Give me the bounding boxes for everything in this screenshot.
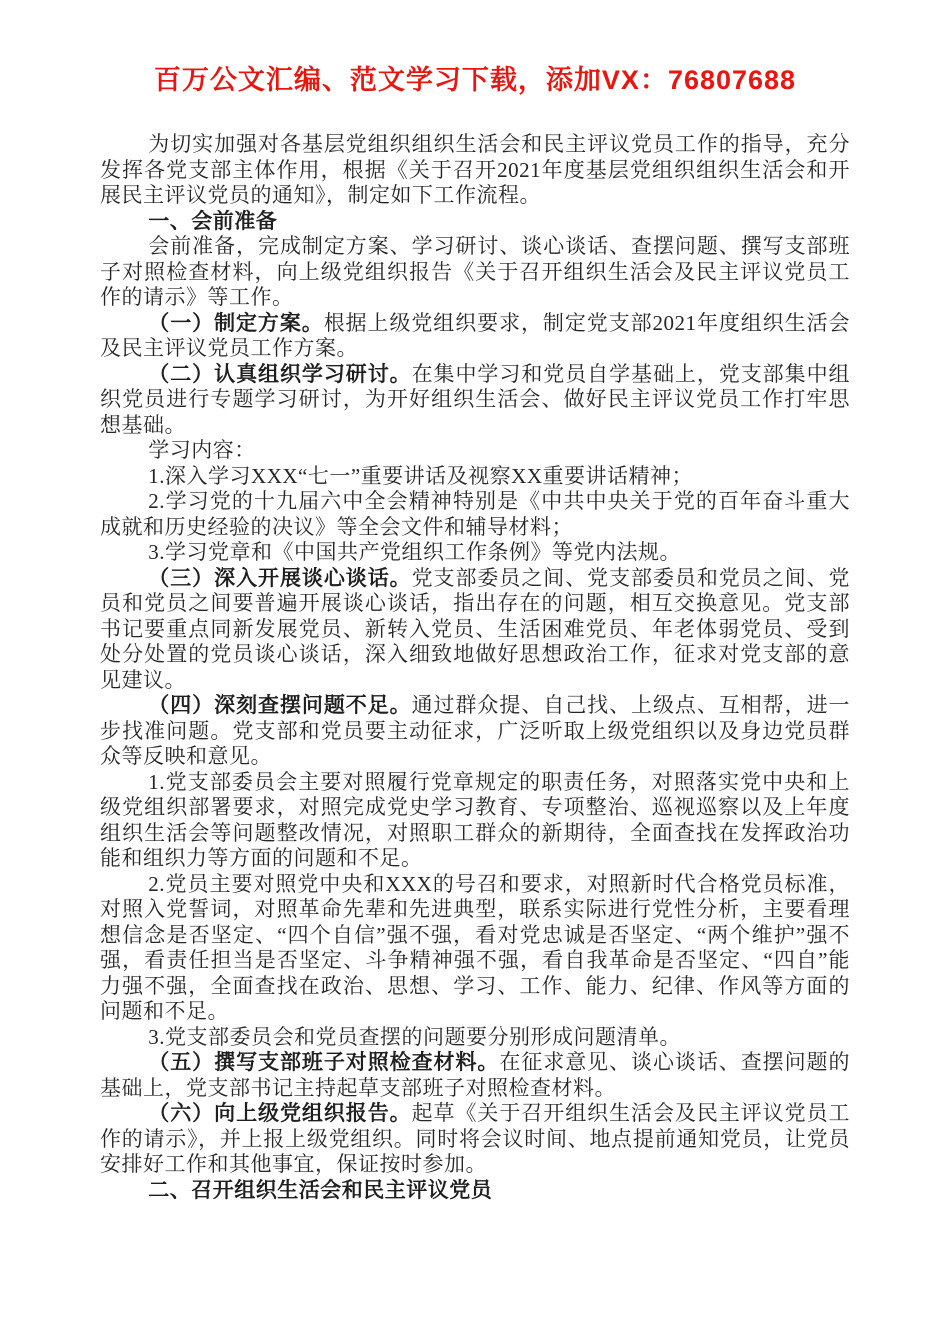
paragraph: （二）认真组织学习研讨。在集中学习和党员自学基础上，党支部集中组织党员进行专题学… xyxy=(100,362,850,439)
paragraph: （六）向上级党组织报告。起草《关于召开组织生活会及民主评议党员工作的请示》，并上… xyxy=(100,1101,850,1178)
paragraph-lead: （二）认真组织学习研讨。 xyxy=(148,362,411,386)
paragraph: 为切实加强对各基层党组织组织生活会和民主评议党员工作的指导，充分发挥各党支部主体… xyxy=(100,132,850,209)
section-heading: 一、会前准备 xyxy=(100,209,850,235)
paragraph: （三）深入开展谈心谈话。党支部委员之间、党支部委员和党员之间、党员和党员之间要普… xyxy=(100,566,850,694)
section-heading: 二、召开组织生活会和民主评议党员 xyxy=(100,1178,850,1204)
paragraph: 学习内容： xyxy=(100,438,850,464)
paragraph-lead: （四）深刻查摆问题不足。 xyxy=(148,693,411,717)
paragraph: （一）制定方案。根据上级党组织要求，制定党支部2021年度组织生活会及民主评议党… xyxy=(100,311,850,362)
document-body: 为切实加强对各基层党组织组织生活会和民主评议党员工作的指导，充分发挥各党支部主体… xyxy=(100,132,850,1203)
promo-header-text: 百万公文汇编、范文学习下载，添加VX：76807688 xyxy=(100,64,850,96)
document-page: 百万公文汇编、范文学习下载，添加VX：76807688 为切实加强对各基层党组织… xyxy=(0,0,950,1344)
paragraph-lead: （三）深入开展谈心谈话。 xyxy=(148,566,411,590)
paragraph: （四）深刻查摆问题不足。通过群众提、自己找、上级点、互相帮，进一步找准问题。党支… xyxy=(100,693,850,770)
paragraph: 2.党员主要对照党中央和XXX的号召和要求，对照新时代合格党员标准，对照入党誓词… xyxy=(100,872,850,1025)
paragraph: 3.党支部委员会和党员查摆的问题要分别形成问题清单。 xyxy=(100,1025,850,1051)
paragraph: 1.深入学习XXX“七一”重要讲话及视察XX重要讲话精神； xyxy=(100,464,850,490)
paragraph: 会前准备，完成制定方案、学习研讨、谈心谈话、查摆问题、撰写支部班子对照检查材料，… xyxy=(100,234,850,311)
paragraph: 3.学习党章和《中国共产党组织工作条例》等党内法规。 xyxy=(100,540,850,566)
paragraph: 1.党支部委员会主要对照履行党章规定的职责任务，对照落实党中央和上级党组织部署要… xyxy=(100,770,850,872)
paragraph-lead: （五）撰写支部班子对照检查材料。 xyxy=(148,1050,499,1074)
paragraph-lead: （六）向上级党组织报告。 xyxy=(148,1101,411,1125)
paragraph: （五）撰写支部班子对照检查材料。在征求意见、谈心谈话、查摆问题的基础上，党支部书… xyxy=(100,1050,850,1101)
paragraph-lead: （一）制定方案。 xyxy=(148,311,323,335)
paragraph: 2.学习党的十九届六中全会精神特别是《中共中央关于党的百年奋斗重大成就和历史经验… xyxy=(100,489,850,540)
